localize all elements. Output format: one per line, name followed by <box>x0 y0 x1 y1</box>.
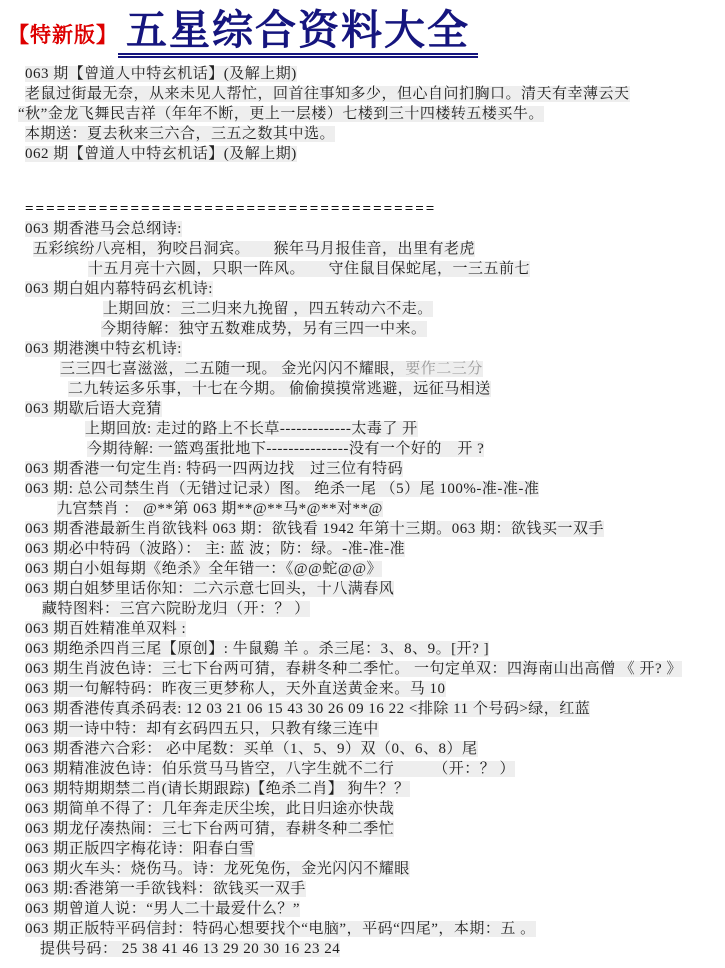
line-text: 063 期白姐内幕特码玄机诗: <box>25 281 213 297</box>
text-line: 063 期香港传真杀码表: 12 03 21 06 15 43 30 26 09… <box>25 699 717 719</box>
line-text: 063 期生肖波色诗：三七下台两可猜，春耕冬种二季忙。 一句定单双：四海南山出高… <box>25 661 682 677</box>
text-line: 063 期一诗中特：却有玄码四五只，只教有缘三连中 <box>25 719 717 739</box>
text-line: 二九转运多乐事，十七在今期。 偷偷摸摸常逃避，远征马相送 <box>25 379 717 399</box>
text-line: 063 期百姓精准单双料 : <box>25 619 717 639</box>
text-line: 上期回放：三二归来九挽留 ，四五转动六不走。 <box>25 299 717 319</box>
line-text: 063 期百姓精准单双料 : <box>25 621 186 637</box>
text-line: 五彩缤纷八亮相，狗咬吕洞宾。 猴年马月报佳音，出里有老虎 <box>25 239 717 259</box>
line-text: 063 期一诗中特：却有玄码四五只，只教有缘三连中 <box>25 721 379 737</box>
text-line: 063 期曾道人说：“男人二十最爱什么？” <box>25 899 717 919</box>
line-text: 063 期必中特码（波路）： 主: 蓝 波；防：绿。-准-准-准 <box>25 541 405 557</box>
line-text: 提供号码： 25 38 41 46 13 29 20 30 16 23 24 <box>40 941 340 957</box>
line-text: 藏特图料：三宫六院盼龙归（开：？ ） <box>42 601 310 617</box>
line-text: 063 期香港一句定生肖: 特码一四两边找 过三位有特码 <box>25 461 403 477</box>
line-text: 063 期火车头：烧伤马。诗：龙死兔伤，金光闪闪不耀眼 <box>25 861 410 877</box>
line-text: 今期待解: 一篮鸡蛋批地下---------------没有一个好的 开 ? <box>87 441 484 457</box>
text-line: “秋”金龙飞舞民吉祥（年年不断，更上一层楼）七楼到三十四楼转五楼买牛。 <box>18 104 717 124</box>
line-text: 五彩缤纷八亮相，狗咬吕洞宾。 猴年马月报佳音，出里有老虎 <box>33 241 475 257</box>
line-text: 上期回放: 走过的路上不长草-------------太毒了 开 <box>85 421 418 437</box>
line-text: 063 期简单不得了：几年奔走厌尘埃，此日归途亦快哉 <box>25 801 394 817</box>
text-line: 063 期白姐梦里话你知：二六示意七回头，十八满春风 <box>25 579 717 599</box>
text-line: 063 期白姐内幕特码玄机诗: <box>25 279 717 299</box>
line-text: 063 期正版四字梅花诗：阳春白雪 <box>25 841 255 857</box>
text-line: 063 期精准波色诗：伯乐赏马马皆空，八字生就不二行 （开：？ ） <box>25 759 717 779</box>
separator-line: ======================================= <box>25 199 717 219</box>
text-line: 063 期简单不得了：几年奔走厌尘埃，此日归途亦快哉 <box>25 799 717 819</box>
text-line: 063 期【曾道人中特玄机话】(及解上期) <box>25 64 717 84</box>
text-line: 老鼠过街最无奈，从来未见人帮忙，回首往事知多少，但心自问扪胸口。清天有幸薄云天 <box>25 84 717 104</box>
text-line: 063 期香港六合彩： 必中尾数：买单（1、5、9）双（0、6、8）尾 <box>25 739 717 759</box>
line-text: 063 期香港六合彩： 必中尾数：买单（1、5、9）双（0、6、8）尾 <box>25 741 478 757</box>
text-line: 063 期香港一句定生肖: 特码一四两边找 过三位有特码 <box>25 459 717 479</box>
content-lines: 063 期【曾道人中特玄机话】(及解上期)老鼠过街最无奈，从来未见人帮忙，回首往… <box>0 58 725 959</box>
text-line: 063 期正版四字梅花诗：阳春白雪 <box>25 839 717 859</box>
text-line: 062 期【曾道人中特玄机话】(及解上期) <box>25 144 717 164</box>
line-text: 063 期香港最新生肖欲钱料 063 期：欲钱看 1942 年第十三期。063 … <box>25 521 604 537</box>
line-text: 063 期: 总公司禁生肖（无错过记录）图。 绝杀一尾 （5）尾 100%-准-… <box>25 481 539 497</box>
text-line: 063 期: 总公司禁生肖（无错过记录）图。 绝杀一尾 （5）尾 100%-准-… <box>25 479 717 499</box>
line-text: 二九转运多乐事，十七在今期。 偷偷摸摸常逃避，远征马相送 <box>68 381 491 397</box>
text-line: 提供号码： 25 38 41 46 13 29 20 30 16 23 24 <box>25 939 717 959</box>
text-line: 063 期必中特码（波路）： 主: 蓝 波；防：绿。-准-准-准 <box>25 539 717 559</box>
line-text: 063 期香港传真杀码表: 12 03 21 06 15 43 30 26 09… <box>25 701 590 717</box>
text-line: 063 期香港马会总纲诗: <box>25 219 717 239</box>
line-text: 063 期一句解特码：昨夜三更梦称人，天外直送黄金来。马 10 <box>25 681 446 697</box>
text-line: 063 期:香港第一手欲钱料：欲钱买一双手 <box>25 879 717 899</box>
line-text: 063 期香港马会总纲诗: <box>25 221 182 237</box>
lottery-info-page: 【特新版】 五星综合资料大全 063 期【曾道人中特玄机话】(及解上期)老鼠过街… <box>0 0 725 968</box>
line-text: 062 期【曾道人中特玄机话】(及解上期) <box>25 146 297 162</box>
text-line: 063 期生肖波色诗：三七下台两可猜，春耕冬种二季忙。 一句定单双：四海南山出高… <box>25 659 717 679</box>
line-text: 063 期正版特平码信封：特码心想要找个“电脑”，平码“四尾”，本期：五 。 <box>25 921 536 937</box>
line-text: 063 期龙仔凑热闹：三七下台两可猜，春耕冬种二季忙 <box>25 821 394 837</box>
page-title-link[interactable]: 五星综合资料大全 <box>118 10 478 58</box>
faded-text: 要作二三分 <box>405 361 483 377</box>
line-text: 063 期歇后语大竞猜 <box>25 401 162 417</box>
page-header: 【特新版】 五星综合资料大全 <box>0 0 725 58</box>
text-line: 063 期一句解特码：昨夜三更梦称人，天外直送黄金来。马 10 <box>25 679 717 699</box>
text-line: 063 期白小姐每期《绝杀》全年错一：《@@蛇@@》 <box>25 559 717 579</box>
line-text: 今期待解：独守五数难成势，另有三四一中来。 <box>101 321 427 337</box>
line-text: 063 期曾道人说：“男人二十最爱什么？” <box>25 901 300 917</box>
text-line: 藏特图料：三宫六院盼龙归（开：？ ） <box>25 599 717 619</box>
line-text: “秋”金龙飞舞民吉祥（年年不断，更上一层楼）七楼到三十四楼转五楼买牛。 <box>18 106 544 122</box>
line-text: 063 期港澳中特玄机诗: <box>25 341 182 357</box>
text-line: 上期回放: 走过的路上不长草-------------太毒了 开 <box>25 419 717 439</box>
text-line: 063 期火车头：烧伤马。诗：龙死兔伤，金光闪闪不耀眼 <box>25 859 717 879</box>
text-line: 今期待解: 一篮鸡蛋批地下---------------没有一个好的 开 ? <box>25 439 717 459</box>
text-line: 063 期港澳中特玄机诗: <box>25 339 717 359</box>
line-text: 063 期白小姐每期《绝杀》全年错一：《@@蛇@@》 <box>25 561 382 577</box>
text-line: 今期待解：独守五数难成势，另有三四一中来。 <box>25 319 717 339</box>
text-line: 063 期香港最新生肖欲钱料 063 期：欲钱看 1942 年第十三期。063 … <box>25 519 717 539</box>
text-line: 063 期龙仔凑热闹：三七下台两可猜，春耕冬种二季忙 <box>25 819 717 839</box>
line-text: ======================================= <box>25 201 436 217</box>
line-text: 063 期特期期禁二肖(请长期跟踪)【绝杀二肖】 狗牛？？ <box>25 781 410 797</box>
text-line: 063 期绝杀四肖三尾【原创】: 牛鼠鷄 羊 。杀三尾：3、8、9。[开? ] <box>25 639 717 659</box>
edition-badge: 【特新版】 <box>8 19 118 58</box>
line-text: 063 期白姐梦里话你知：二六示意七回头，十八满春风 <box>25 581 394 597</box>
text-line: 063 期正版特平码信封：特码心想要找个“电脑”，平码“四尾”，本期：五 。 <box>25 919 717 939</box>
line-text: 老鼠过街最无奈，从来未见人帮忙，回首往事知多少，但心自问扪胸口。清天有幸薄云天 <box>25 86 630 102</box>
line-text: 十五月亮十六圆，只职一阵风。 守住鼠目保蛇尾，一三五前七 <box>88 261 530 277</box>
text-line: 九宫禁肖 ： @**第 063 期**@**马*@**对**@ <box>25 499 717 519</box>
line-text: 上期回放：三二归来九挽留 ，四五转动六不走。 <box>103 301 433 317</box>
text-line: 十五月亮十六圆，只职一阵风。 守住鼠目保蛇尾，一三五前七 <box>25 259 717 279</box>
line-text: 063 期【曾道人中特玄机话】(及解上期) <box>25 66 297 82</box>
text-line: 本期送：夏去秋来三六合，三五之数其中选。 <box>25 124 717 144</box>
text-line: 063 期特期期禁二肖(请长期跟踪)【绝杀二肖】 狗牛？？ <box>25 779 717 799</box>
text-line: 063 期歇后语大竞猜 <box>25 399 717 419</box>
line-text: 063 期精准波色诗：伯乐赏马马皆空，八字生就不二行 （开：？ ） <box>25 761 515 777</box>
line-text: 九宫禁肖 ： @**第 063 期**@**马*@**对**@ <box>57 501 383 517</box>
line-text: 063 期绝杀四肖三尾【原创】: 牛鼠鷄 羊 。杀三尾：3、8、9。[开? ] <box>25 641 489 657</box>
text-line: 三三四七喜滋滋，二五随一现。 金光闪闪不耀眼，要作二三分 <box>25 359 717 379</box>
line-text: 本期送：夏去秋来三六合，三五之数其中选。 <box>25 126 335 142</box>
line-text: 063 期:香港第一手欲钱料：欲钱买一双手 <box>25 881 306 897</box>
line-text: 三三四七喜滋滋，二五随一现。 金光闪闪不耀眼，要作二三分 <box>60 361 483 377</box>
